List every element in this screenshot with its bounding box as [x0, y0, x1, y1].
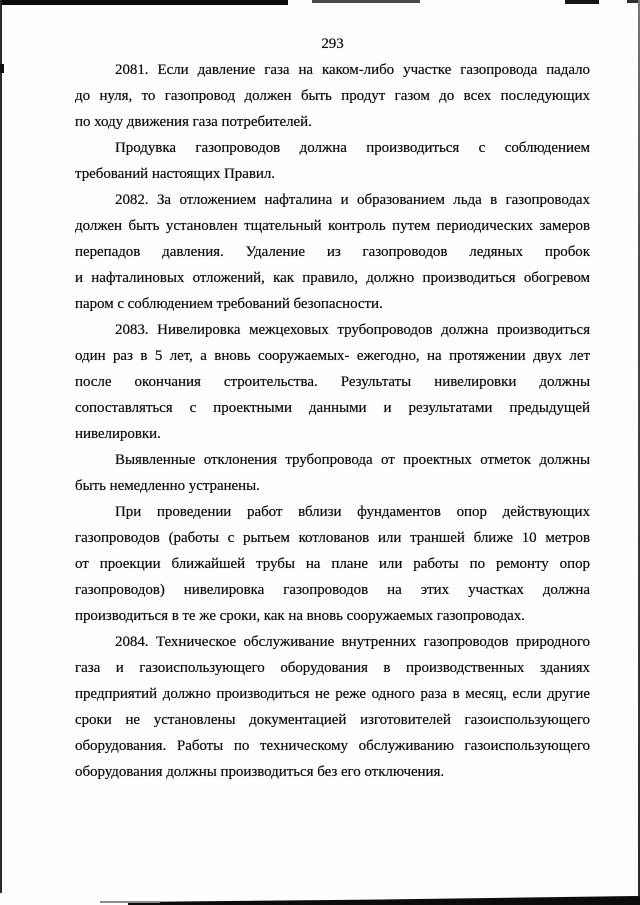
document-text: 293 2081. Если давление газа на каком-ли… — [75, 31, 590, 785]
text-line: газопроводов) нивелировка газопроводов н… — [75, 577, 590, 603]
scan-artifact-top-edge — [0, 0, 288, 5]
text-line: требований настоящих Правил. — [75, 161, 590, 187]
text-line: 2081. Если давление газа на каком-либо у… — [75, 57, 590, 83]
text-line: нивелировки. — [75, 421, 590, 447]
text-line: При проведении работ вблизи фундаментов … — [75, 499, 590, 525]
text-line: производиться в те же сроки, как на внов… — [75, 603, 590, 629]
text-line: после окончания строительства. Результат… — [75, 369, 590, 395]
text-line: Выявленные отклонения трубопровода от пр… — [75, 447, 590, 473]
scan-artifact-bottom-gray — [100, 901, 160, 904]
text-line: 2084. Техническое обслуживание внутренни… — [75, 629, 590, 655]
text-line: должен быть установлен тщательный контро… — [75, 213, 590, 239]
text-line: Продувка газопроводов должна производить… — [75, 135, 590, 161]
text-line: от проекции ближайшей трубы на плане или… — [75, 551, 590, 577]
scan-artifact-left-blob — [0, 64, 4, 73]
text-line: паром с соблюдением требований безопасно… — [75, 291, 590, 317]
text-line: и нафталиновых отложений, как правило, д… — [75, 265, 590, 291]
text-line: по ходу движения газа потребителей. — [75, 109, 590, 135]
scan-artifact-top-edge-2 — [312, 0, 420, 3]
text-line: сопоставляться с проектными данными и ре… — [75, 395, 590, 421]
text-line: перепадов давления. Удаление из газопров… — [75, 239, 590, 265]
text-line: сроки не установлены документацией изгот… — [75, 707, 590, 733]
scan-artifact-left-edge — [0, 0, 2, 893]
text-line: предприятий должно производиться не реже… — [75, 681, 590, 707]
scanned-document-page: 293 2081. Если давление газа на каком-ли… — [0, 0, 640, 905]
page-number: 293 — [75, 31, 590, 57]
text-line: один раз в 5 лет, а вновь сооружаемых- е… — [75, 343, 590, 369]
scan-artifact-top-edge-3 — [565, 0, 599, 4]
text-line: газопроводов (работы с рытьем котлованов… — [75, 525, 590, 551]
text-line: до нуля, то газопровод должен быть проду… — [75, 83, 590, 109]
text-line: газа и газоиспользующего оборудования в … — [75, 655, 590, 681]
text-line: 2082. За отложением нафталина и образова… — [75, 187, 590, 213]
scan-artifact-bottom-edge — [128, 895, 640, 905]
text-line: 2083. Нивелировка межцеховых трубопровод… — [75, 317, 590, 343]
text-line: оборудования. Работы по техническому обс… — [75, 733, 590, 759]
text-line: оборудования должны производиться без ег… — [75, 759, 590, 785]
text-line: быть немедленно устранены. — [75, 473, 590, 499]
